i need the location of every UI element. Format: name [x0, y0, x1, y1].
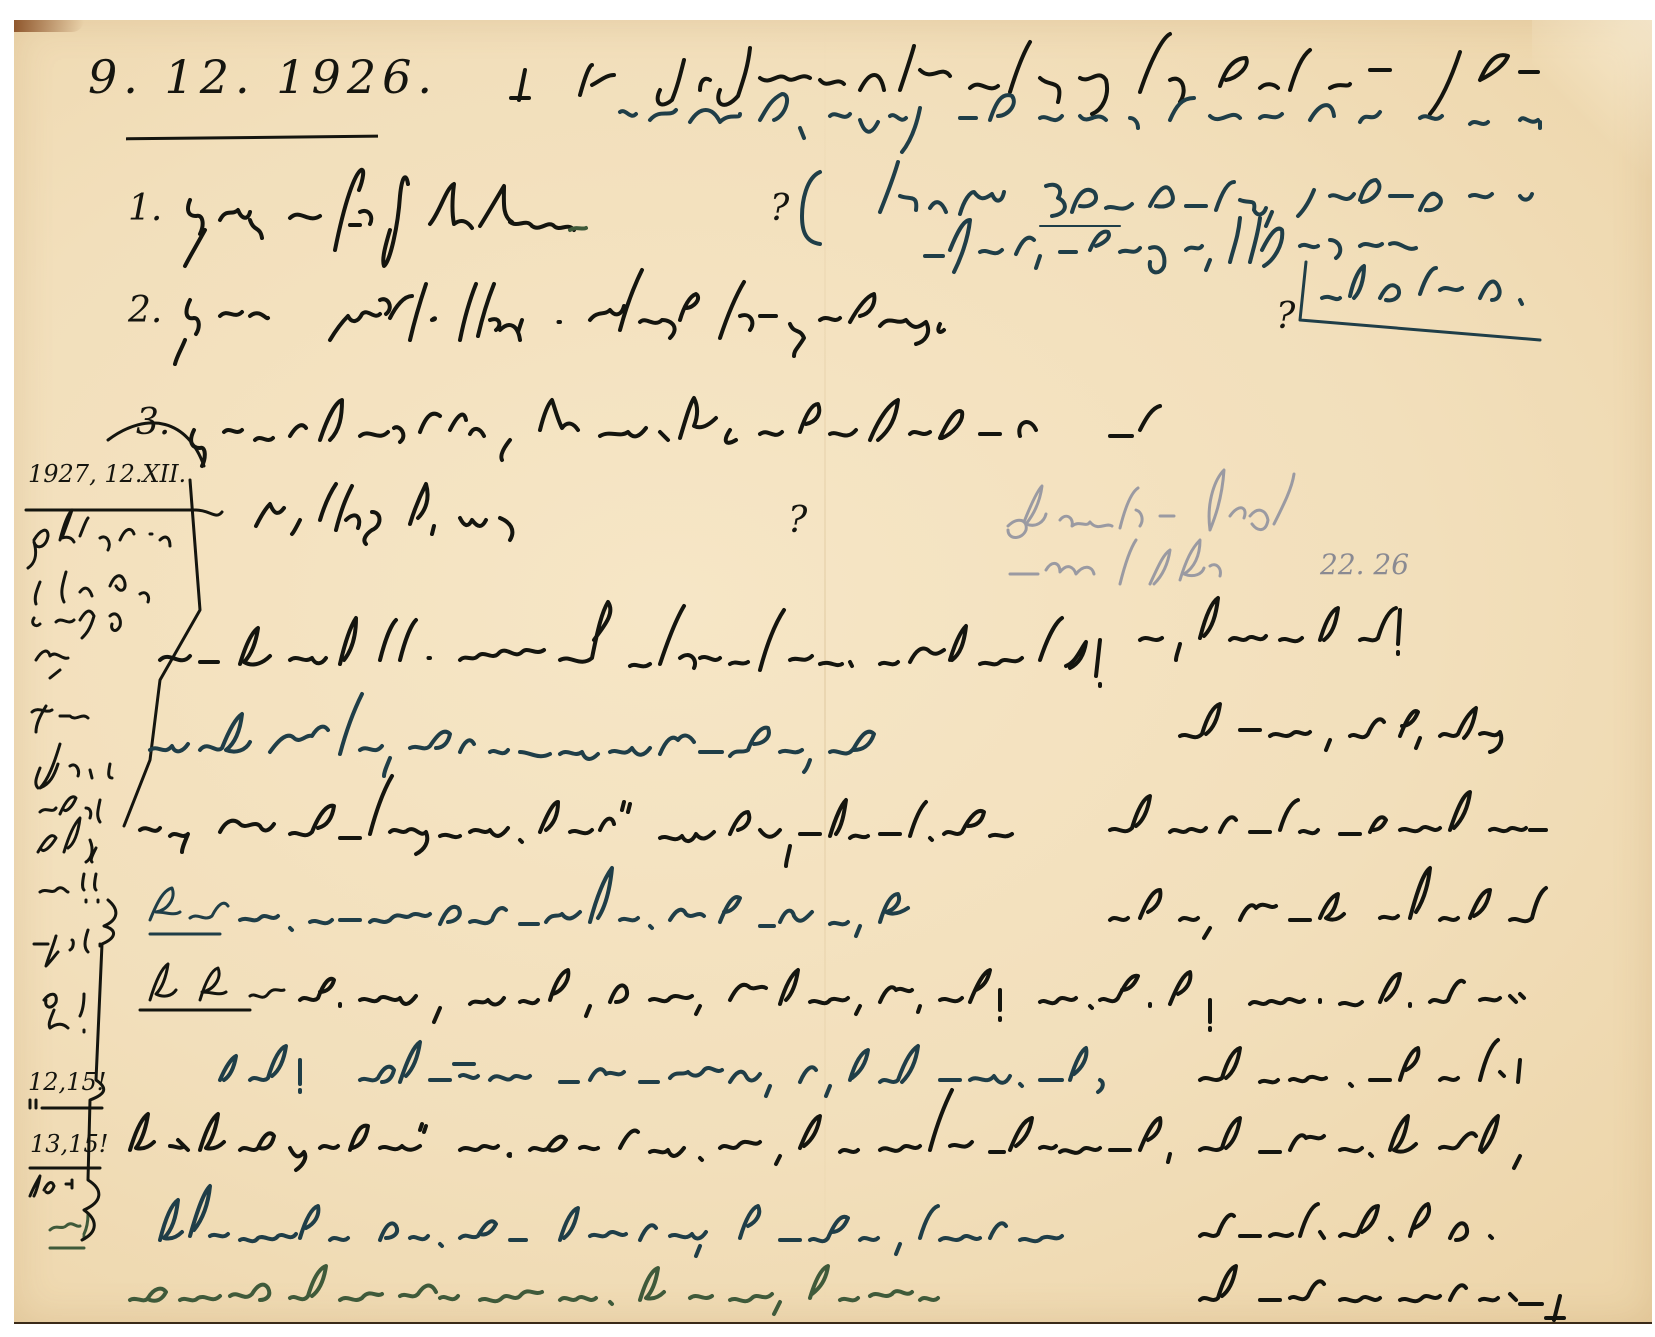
item-number-2: 2.	[128, 290, 162, 331]
document-page	[14, 20, 1652, 1324]
item-number-1: 1.	[128, 188, 162, 229]
item-number-3: 3.	[136, 402, 170, 443]
item-2-question-mark: ?	[1276, 296, 1295, 337]
edge-stain	[14, 20, 84, 32]
item-3-question-mark: ?	[788, 500, 807, 541]
pencil-note-date: 22. 26	[1320, 548, 1409, 581]
margin-entry-1215: 12,15!	[28, 1068, 106, 1096]
document-date: 9. 12. 1926.	[88, 50, 438, 104]
fold-crease	[824, 20, 826, 1322]
margin-date: 1927, 12.XII.	[28, 460, 186, 488]
item-1-question-mark: ?	[770, 188, 789, 229]
corner-fold	[1532, 20, 1652, 180]
margin-entry-1315: 13,15!	[30, 1130, 108, 1158]
